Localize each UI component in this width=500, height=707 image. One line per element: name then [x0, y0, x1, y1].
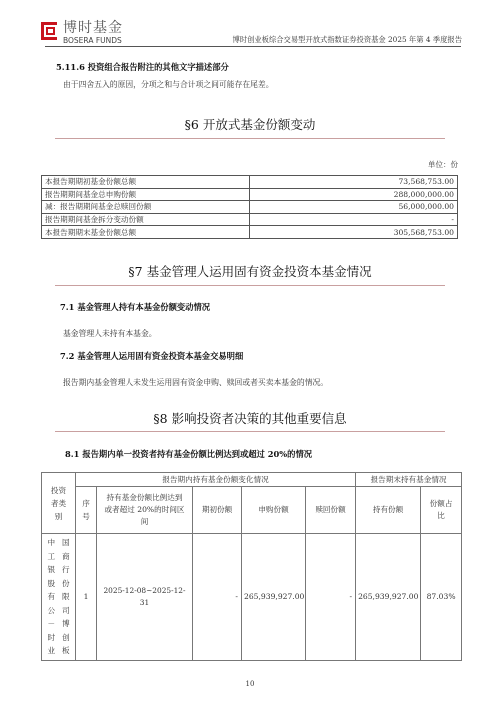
paragraph-7-1: 基金管理人未持有本基金。 — [63, 328, 157, 339]
investor-name-char: 行 — [61, 563, 72, 577]
row-value: 56,000,000.00 — [250, 201, 458, 214]
investor-name-char: 创 — [61, 631, 72, 645]
document-title: 博时创业板综合交易型开放式指数证券投资基金 2025 年第 4 季度报告 — [232, 35, 462, 45]
table-row: 中国工商银行股份有限公司－博时创业板 1 2025-12-08~2025-12-… — [42, 534, 462, 661]
header-group-change: 报告期内持有基金份额变化情况 — [76, 473, 356, 487]
unit-label: 单位：份 — [428, 160, 458, 170]
row-value: 73,568,753.00 — [250, 176, 458, 189]
header-group-end: 报告期末持有基金情况 — [356, 473, 462, 487]
table-row: 报告期期间基金拆分变动份额 - — [42, 213, 458, 226]
header-hold: 持有份额 — [356, 487, 421, 534]
section-title-7: §7 基金管理人运用固有资金投资本基金情况 — [0, 264, 500, 280]
table-row: 减：报告期期间基金总赎回份额 56,000,000.00 — [42, 201, 458, 214]
paragraph-7-2: 报告期内基金管理人未发生运用固有资金申购、赎回或者买卖本基金的情况。 — [63, 377, 328, 388]
fund-share-change-table: 本报告期期初基金份额总额 73,568,753.00 报告期期间基金总申购份额 … — [41, 175, 458, 239]
row-label: 减：报告期期间基金总赎回份额 — [42, 201, 250, 214]
investor-name-cell: 中国工商银行股份有限公司－博时创业板 — [42, 534, 76, 661]
investor-name-char: 司 — [61, 604, 72, 618]
major-investor-table: 投资者类别 报告期内持有基金份额变化情况 报告期末持有基金情况 序号 持有基金份… — [41, 472, 462, 661]
row-label: 报告期期间基金拆分变动份额 — [42, 213, 250, 226]
cell-ratio: 87.03% — [421, 534, 462, 661]
header-subscribe: 申购份额 — [242, 487, 306, 534]
investor-name-char: 国 — [61, 536, 72, 550]
section-title-6: §6 开放式基金份额变动 — [0, 117, 500, 133]
section-title-8: §8 影响投资者决策的其他重要信息 — [0, 411, 500, 427]
section-divider-7 — [55, 285, 445, 286]
investor-name-char: 公 — [46, 604, 57, 618]
header-seq: 序号 — [76, 487, 97, 534]
logo-chinese-name: 博时基金 — [63, 20, 123, 36]
header-divider — [45, 46, 461, 47]
cell-seq: 1 — [76, 534, 97, 661]
header-period: 持有基金份额比例达到或者超过 20%的时间区间 — [97, 487, 193, 534]
cell-hold: 265,939,927.00 — [356, 534, 421, 661]
investor-name-char: 博 — [61, 617, 72, 631]
section-divider-8 — [55, 431, 445, 432]
row-label: 报告期期间基金总申购份额 — [42, 188, 250, 201]
investor-name-char: 板 — [61, 644, 72, 658]
investor-name-char: 商 — [61, 550, 72, 564]
row-value: - — [250, 213, 458, 226]
cell-redeem: - — [306, 534, 356, 661]
investor-name-char: 中 — [46, 536, 57, 550]
section-divider-6 — [55, 138, 445, 139]
table-header-row: 序号 持有基金份额比例达到或者超过 20%的时间区间 期初份额 申购份额 赎回份… — [42, 487, 462, 534]
investor-name-vertical: 中国工商银行股份有限公司－博时创业板 — [46, 536, 71, 658]
subsection-title-7-1: 7.1 基金管理人持有本基金份额变动情况 — [60, 302, 210, 313]
investor-name-char: 工 — [46, 550, 57, 564]
investor-name-char: 银 — [46, 563, 57, 577]
investor-name-char: 份 — [61, 577, 72, 591]
investor-name-char: 股 — [46, 577, 57, 591]
row-value: 288,000,000.00 — [250, 188, 458, 201]
row-label: 本报告期期末基金份额总额 — [42, 226, 250, 239]
header-begin: 期初份额 — [193, 487, 242, 534]
table-row: 本报告期期末基金份额总额 305,568,753.00 — [42, 226, 458, 239]
subsection-title-7-2: 7.2 基金管理人运用固有资金投资本基金交易明细 — [60, 351, 243, 362]
header-redeem: 赎回份额 — [306, 487, 356, 534]
page-number: 10 — [0, 680, 500, 688]
investor-name-char: 时 — [46, 631, 57, 645]
investor-name-char: 有 — [46, 590, 57, 604]
subsection-title-8-1: 8.1 报告期内单一投资者持有基金份额比例达到或超过 20%的情况 — [65, 449, 312, 460]
bosera-logo-icon — [41, 22, 57, 40]
logo-english-name: BOSERA FUNDS — [63, 36, 122, 45]
investor-name-char: － — [46, 617, 57, 631]
cell-subscribe: 265,939,927.00 — [242, 534, 306, 661]
subsection-title-5-11-6: 5.11.6 投资组合报告附注的其他文字描述部分 — [56, 62, 229, 73]
row-label: 本报告期期初基金份额总额 — [42, 176, 250, 189]
investor-name-char: 业 — [46, 644, 57, 658]
table-row: 本报告期期初基金份额总额 73,568,753.00 — [42, 176, 458, 189]
investor-name-char: 限 — [61, 590, 72, 604]
header-investor-type: 投资者类别 — [42, 473, 76, 534]
cell-begin: - — [193, 534, 242, 661]
table-header-row: 投资者类别 报告期内持有基金份额变化情况 报告期末持有基金情况 — [42, 473, 462, 487]
cell-period: 2025-12-08~2025-12-31 — [97, 534, 193, 661]
table-row: 报告期期间基金总申购份额 288,000,000.00 — [42, 188, 458, 201]
row-value: 305,568,753.00 — [250, 226, 458, 239]
header-ratio: 份额占比 — [421, 487, 462, 534]
paragraph-rounding-note: 由于四舍五入的原因，分项之和与合计项之间可能存在尾差。 — [63, 79, 274, 90]
